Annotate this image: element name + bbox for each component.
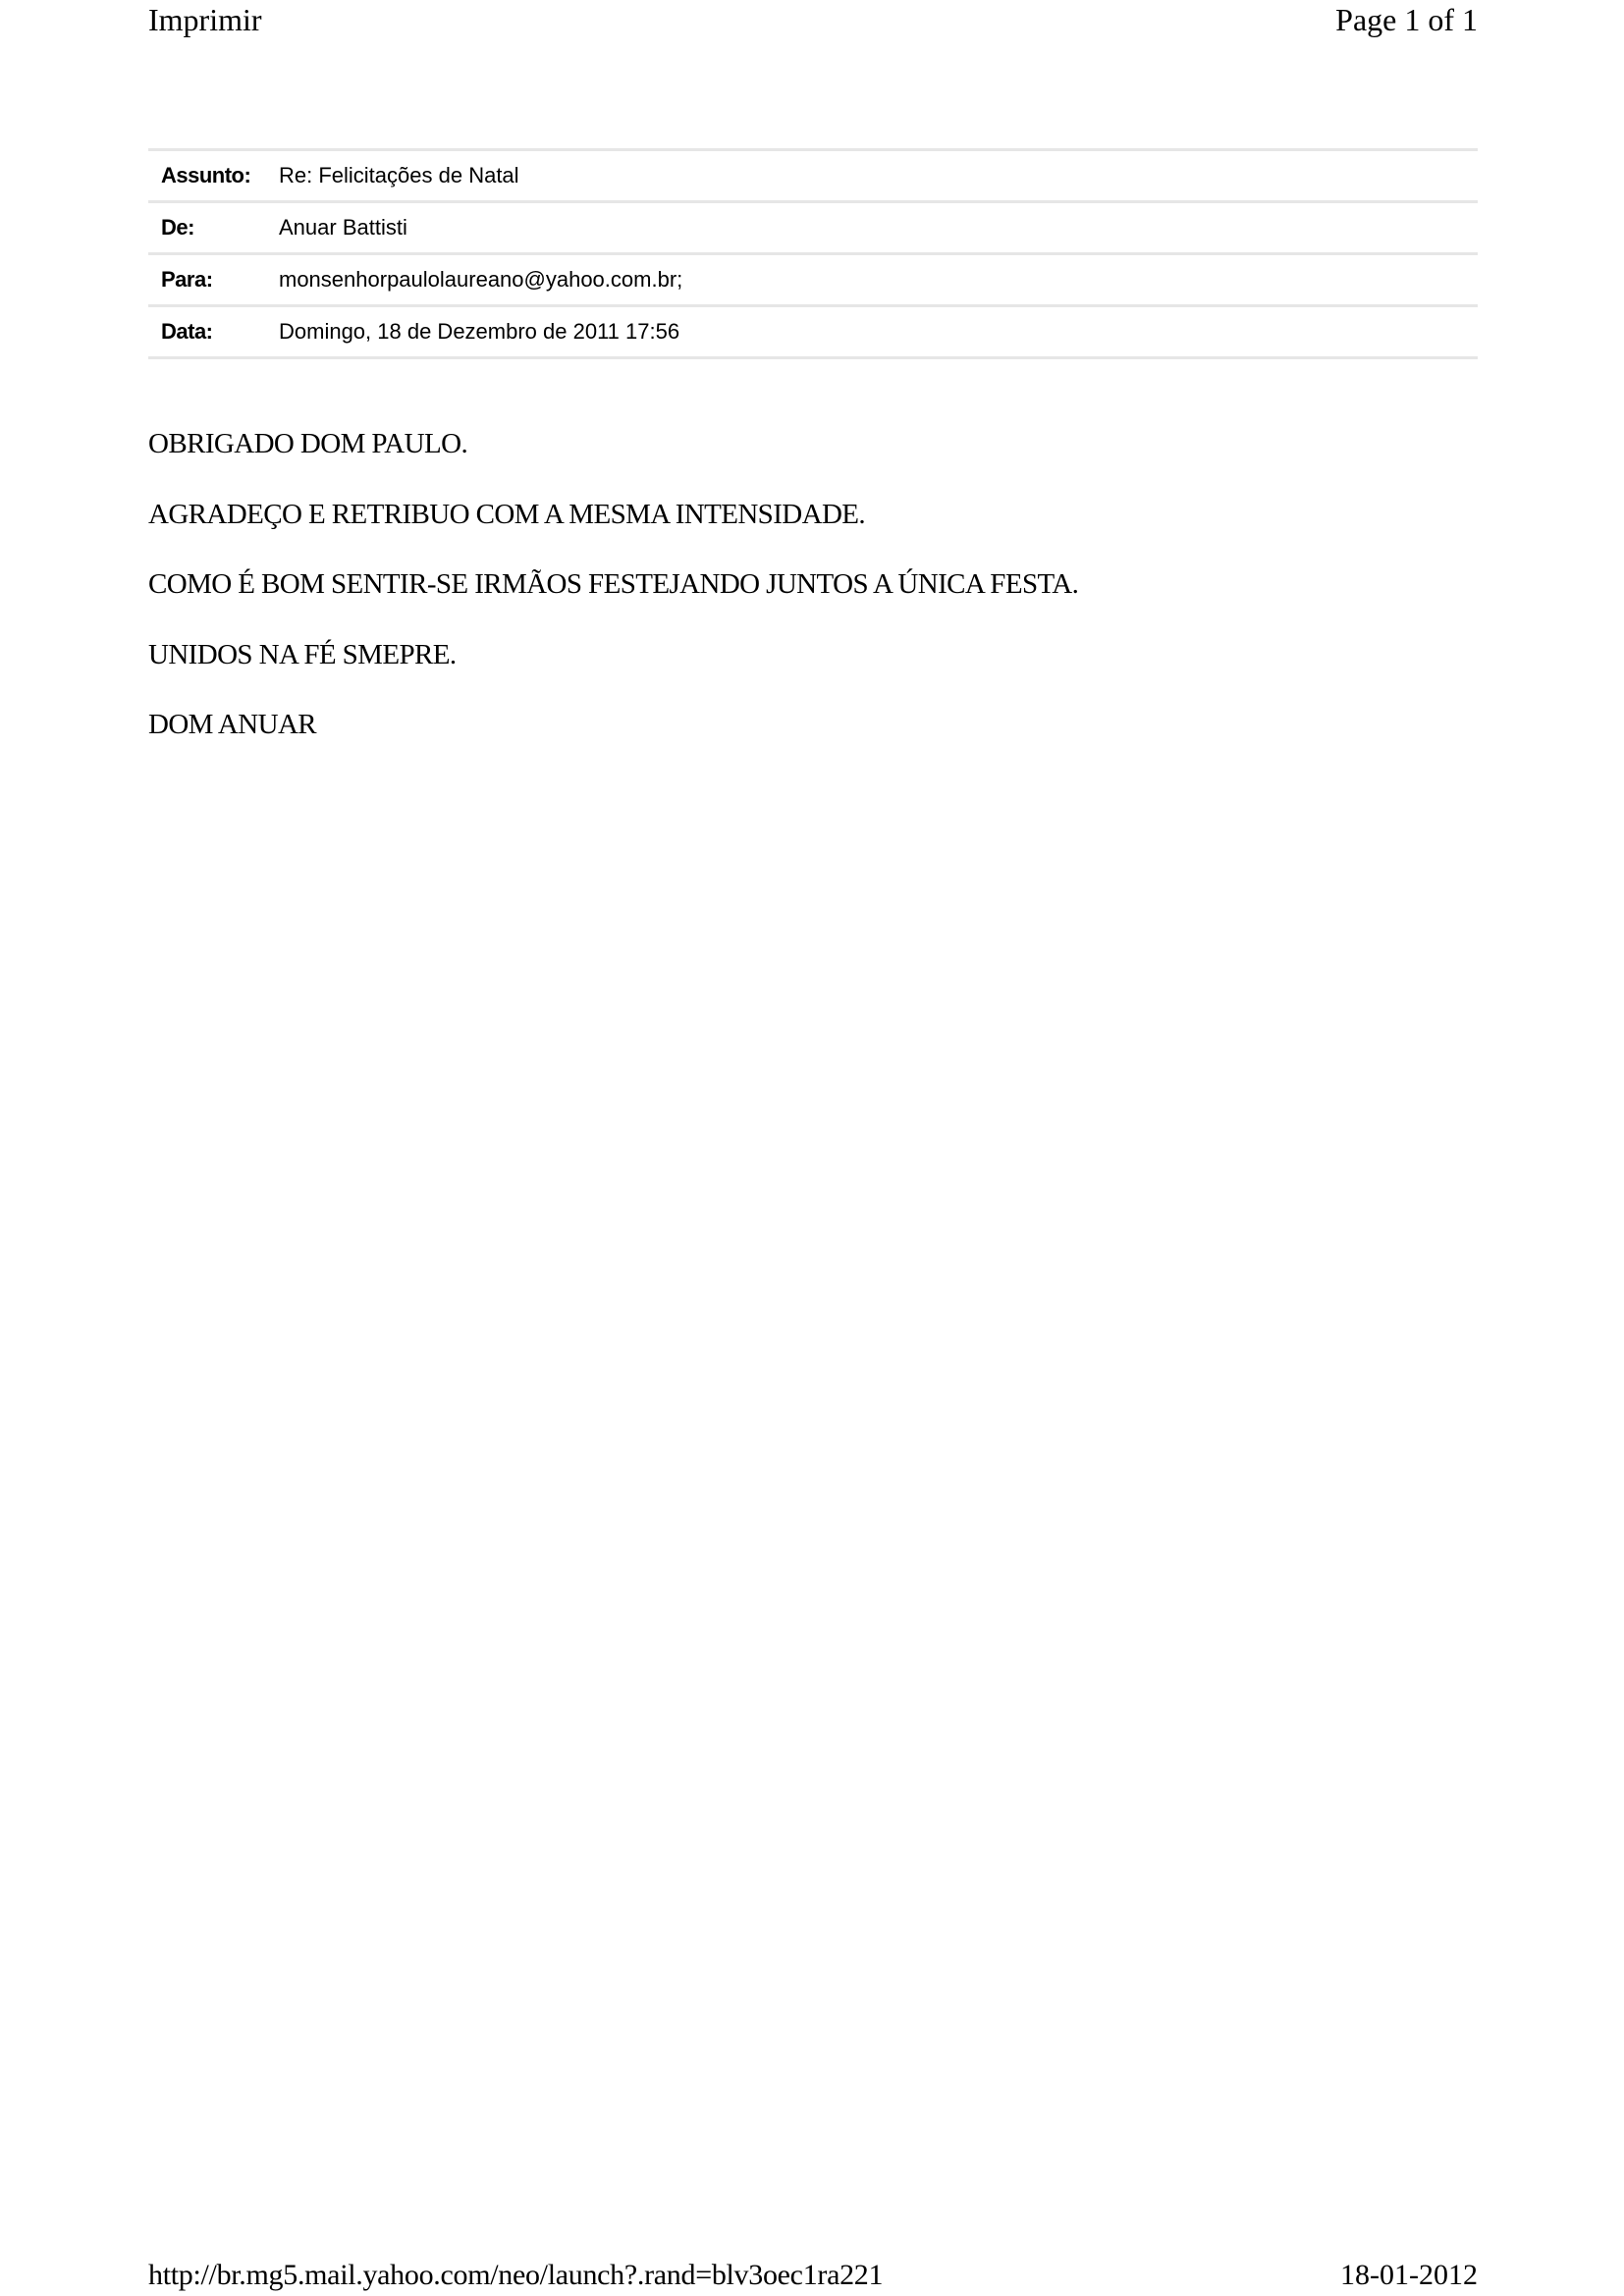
message-header-table: Assunto: Re: Felicitações de Natal De: A… xyxy=(148,148,1478,359)
footer-url: http://br.mg5.mail.yahoo.com/neo/launch?… xyxy=(148,2256,883,2295)
date-row: Data: Domingo, 18 de Dezembro de 2011 17… xyxy=(148,304,1478,359)
print-header-title: Imprimir xyxy=(148,0,262,39)
body-line: UNIDOS NA FÉ SMEPRE. xyxy=(148,635,1078,706)
from-row: De: Anuar Battisti xyxy=(148,200,1478,252)
page-indicator: Page 1 of 1 xyxy=(1335,0,1478,39)
message-body: OBRIGADO DOM PAULO. AGRADEÇO E RETRIBUO … xyxy=(148,424,1078,775)
to-value: monsenhorpaulolaureano@yahoo.com.br; xyxy=(279,267,682,293)
subject-row: Assunto: Re: Felicitações de Natal xyxy=(148,148,1478,200)
footer-date: 18-01-2012 xyxy=(1340,2256,1478,2295)
date-label: Data: xyxy=(148,319,279,345)
to-label: Para: xyxy=(148,267,279,293)
body-line: COMO É BOM SENTIR-SE IRMÃOS FESTEJANDO J… xyxy=(148,564,1078,635)
from-label: De: xyxy=(148,215,279,240)
signature: DOM ANUAR xyxy=(148,705,1078,775)
subject-label: Assunto: xyxy=(148,163,279,188)
subject-value: Re: Felicitações de Natal xyxy=(279,163,519,188)
date-value: Domingo, 18 de Dezembro de 2011 17:56 xyxy=(279,319,679,345)
to-row: Para: monsenhorpaulolaureano@yahoo.com.b… xyxy=(148,252,1478,304)
body-line: OBRIGADO DOM PAULO. xyxy=(148,424,1078,495)
body-line: AGRADEÇO E RETRIBUO COM A MESMA INTENSID… xyxy=(148,495,1078,565)
from-value: Anuar Battisti xyxy=(279,215,407,240)
